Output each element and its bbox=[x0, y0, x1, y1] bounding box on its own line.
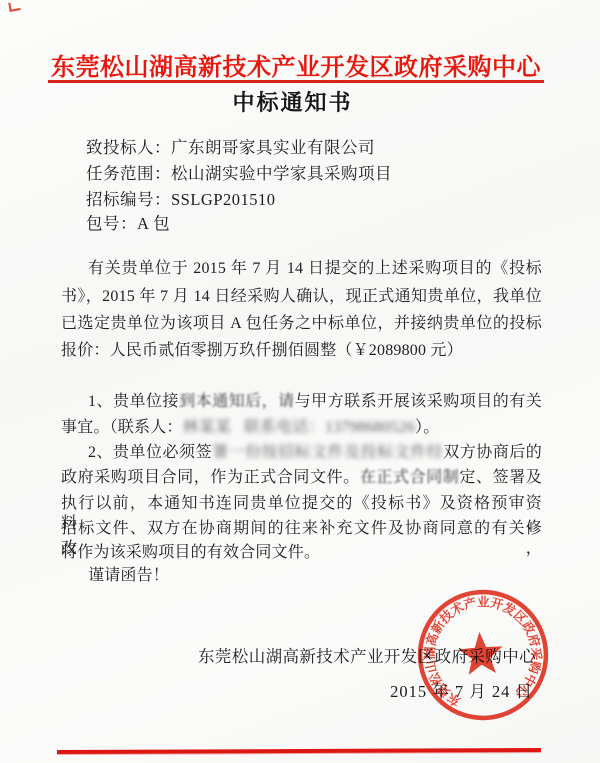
footer-rule bbox=[57, 748, 541, 754]
body-line: 2、贵单位必须签署一份按招标文件及投标文件经双方协商后的 bbox=[61, 443, 542, 463]
field-row-tender-no: 招标编号：SSLGP201510 bbox=[86, 189, 276, 210]
field-value: SSLGP201510 bbox=[171, 190, 276, 209]
document-title: 中标通知书 bbox=[0, 86, 585, 117]
field-row-package: 包号：A 包 bbox=[86, 213, 170, 234]
award-notice-document: 东莞松山湖高新技术产业开发区政府采购中心 中标通知书 致投标人：广东朗哥家具实业… bbox=[0, 0, 600, 763]
text-segment: 双方协商后的 bbox=[443, 444, 542, 461]
letterhead-underline bbox=[48, 80, 544, 83]
official-seal: 东莞松山湖高新技术产业开发区政府采购中心 bbox=[409, 581, 556, 728]
seal-star-icon bbox=[457, 630, 504, 675]
body-line: 政府采购项目合同，作为正式合同文件。在正式合同制定、签署及 bbox=[61, 468, 542, 488]
body-line: 事宜。（联系人：林某某 联系电话：13798680526）。 bbox=[61, 418, 542, 438]
field-value: 广东朗哥家具实业有限公司 bbox=[171, 138, 375, 157]
text-segment: 与甲方联系开展该采购项目的有关 bbox=[295, 393, 542, 410]
field-label: 招标编号： bbox=[86, 190, 171, 209]
field-value: A 包 bbox=[137, 214, 170, 233]
closing-line: 谨请函告！ bbox=[61, 566, 542, 586]
field-value: 松山湖实验中学家具采购项目 bbox=[171, 164, 392, 183]
text-segment: 政府采购项目合同，作为正式合同文件。 bbox=[61, 469, 360, 486]
body-line: 将作为该采购项目的有效合同文件。 bbox=[61, 543, 542, 563]
smudged-text: 在正式合同制 bbox=[360, 469, 460, 486]
text-segment: 事宜。（联系人： bbox=[61, 419, 183, 436]
text-segment: 2、贵单位必须签 bbox=[88, 444, 212, 461]
text-segment: 定、签署及 bbox=[459, 469, 542, 486]
redacted-contact-name: 林某某 bbox=[183, 419, 232, 436]
letterhead-org-title: 东莞松山湖高新技术产业开发区政府采购中心 bbox=[0, 47, 592, 82]
field-row-bidder: 致投标人：广东朗哥家具实业有限公司 bbox=[86, 137, 375, 158]
redacted-text: 署一份按招标文件及投标文件经 bbox=[212, 444, 443, 461]
redacted-contact-phone: 联系电话：13798680526 bbox=[244, 419, 415, 436]
body-line: 已选定贵单位为该项目 A 包任务之中标单位，并接纳贵单位的投标 bbox=[61, 314, 542, 334]
body-line: 书》，2015 年 7 月 14 日经采购人确认，现正式通知贵单位，我单位 bbox=[61, 287, 542, 307]
text-segment: 1、贵单位接 bbox=[88, 393, 179, 410]
field-label: 包号： bbox=[86, 214, 137, 233]
field-row-scope: 任务范围：松山湖实验中学家具采购项目 bbox=[86, 163, 392, 184]
body-line: 1、贵单位接到本通知后，请与甲方联系开展该采购项目的有关 bbox=[61, 392, 542, 412]
smudged-text: 到本通知后，请 bbox=[179, 393, 295, 410]
body-line: 报价：人民币贰佰零捌万玖仟捌佰圆整（￥2089800 元） bbox=[61, 341, 542, 361]
text-segment: ）。 bbox=[415, 419, 439, 436]
field-label: 任务范围： bbox=[86, 164, 171, 183]
field-label: 致投标人： bbox=[86, 138, 171, 157]
body-line: 有关贵单位于 2015 年 7 月 14 日提交的上述采购项目的《投标 bbox=[61, 259, 542, 279]
scan-artifact-mark bbox=[8, 1, 20, 12]
